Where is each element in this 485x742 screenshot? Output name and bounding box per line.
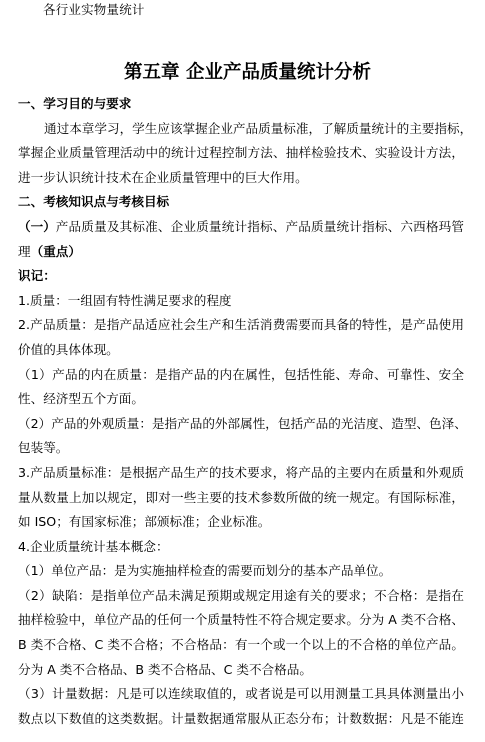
list-item-text: 包装等。: [18, 436, 68, 461]
list-item-text: 分为 A 类不合格品、B 类不合格品、C 类不合格品。: [18, 658, 312, 683]
list-item-continuation: 量从数量上加以规定，即对一些主要的技术参数所做的统一规定。有国际标准，: [18, 486, 464, 511]
sub-list-item-continuation: 分为 A 类不合格品、B 类不合格品、C 类不合格品。: [18, 658, 464, 683]
list-item-text: 2.产品质量：是指产品适应社会生产和生活消费需要而具备的特性，是产品使用: [18, 313, 464, 338]
subsection-heading-line: 理（重点）: [18, 240, 464, 265]
list-item-text: 4.企业质量统计基本概念：: [18, 535, 169, 560]
list-item-text: 价值的具体体现。: [18, 338, 119, 363]
running-header: 各行业实物量统计: [43, 2, 145, 18]
list-item-text: （2）产品的外观质量：是指产品的外部属性，包括产品的光洁度、造型、色泽、: [18, 412, 464, 437]
subsection-heading-line: （一） 产品质量及其标准、企业质量统计指标、产品质量统计指标、六西格玛管: [18, 215, 464, 240]
sub-list-item-continuation: B 类不合格、C 类不合格；不合格品：有一个或一个以上的不合格的单位产品。: [18, 633, 464, 658]
key-point-label: （重点）: [31, 240, 81, 265]
heading-text: 一、学习目的与要求: [18, 92, 131, 117]
chapter-title: 第五章 企业产品质量统计分析: [0, 60, 485, 86]
list-item-text: 1.质量：一组固有特性满足要求的程度: [18, 289, 232, 314]
subsection-text: 产品质量及其标准、企业质量统计指标、产品质量统计指标、六西格玛管: [56, 215, 464, 240]
heading-text: 二、考核知识点与考核目标: [18, 190, 169, 215]
list-item-text: （1）单位产品：是为实施抽样检查的需要而划分的基本产品单位。: [18, 559, 391, 584]
subsection-text: 理: [18, 240, 31, 265]
section-heading-assessment: 二、考核知识点与考核目标: [18, 190, 464, 215]
document-body: 一、学习目的与要求 通过本章学习，学生应该掌握企业产品质量标准，了解质量统计的主…: [18, 92, 464, 731]
list-item-text: 3.产品质量标准：是根据产品生产的技术要求，将产品的主要内在质量和外观质: [18, 461, 464, 486]
list-item-text: （3）计量数据：凡是可以连续取值的，或者说是可以用测量工具具体测量出小: [18, 682, 464, 707]
paragraph-line: 通过本章学习，学生应该掌握企业产品质量标准，了解质量统计的主要指标，: [18, 117, 464, 142]
list-item-text: 抽样检验中，单位产品的任何一个质量特性不符合规定要求。分为 A 类不合格、: [18, 608, 464, 633]
sub-list-item: （3）计量数据：凡是可以连续取值的，或者说是可以用测量工具具体测量出小: [18, 682, 464, 707]
sub-list-item: （1）产品的内在质量：是指产品的内在属性，包括性能、寿命、可靠性、安全: [18, 363, 464, 388]
list-item-text: 如 ISO；有国家标准；部颁标准；企业标准。: [18, 510, 270, 535]
sub-list-item-continuation: 性、经济型五个方面。: [18, 387, 464, 412]
list-item-text: （1）产品的内在质量：是指产品的内在属性，包括性能、寿命、可靠性、安全: [18, 363, 464, 388]
sub-list-item: （1）单位产品：是为实施抽样检查的需要而划分的基本产品单位。: [18, 559, 464, 584]
sub-list-item: （2）缺陷：是指单位产品未满足预期或规定用途有关的要求；不合格：是指在: [18, 584, 464, 609]
subsection-number: （一）: [18, 215, 56, 240]
list-item-text: （2）缺陷：是指单位产品未满足预期或规定用途有关的要求；不合格：是指在: [18, 584, 464, 609]
list-item-continuation: 如 ISO；有国家标准；部颁标准；企业标准。: [18, 510, 464, 535]
paragraph-line: 掌握企业质量管理活动中的统计过程控制方法、抽样检验技术、实验设计方法，: [18, 141, 464, 166]
list-item: 1.质量：一组固有特性满足要求的程度: [18, 289, 464, 314]
sub-list-item-continuation: 抽样检验中，单位产品的任何一个质量特性不符合规定要求。分为 A 类不合格、: [18, 608, 464, 633]
list-item: 4.企业质量统计基本概念：: [18, 535, 464, 560]
list-item: 2.产品质量：是指产品适应社会生产和生活消费需要而具备的特性，是产品使用: [18, 313, 464, 338]
list-item: 3.产品质量标准：是根据产品生产的技术要求，将产品的主要内在质量和外观质: [18, 461, 464, 486]
sub-list-item: （2）产品的外观质量：是指产品的外部属性，包括产品的光洁度、造型、色泽、: [18, 412, 464, 437]
list-item-continuation: 价值的具体体现。: [18, 338, 464, 363]
list-item-text: 性、经济型五个方面。: [18, 387, 144, 412]
memorize-heading: 识记：: [18, 264, 464, 289]
paragraph-line: 进一步认识统计技术在企业质量管理中的巨大作用。: [18, 166, 464, 191]
sub-list-item-continuation: 包装等。: [18, 436, 464, 461]
list-item-text: 量从数量上加以规定，即对一些主要的技术参数所做的统一规定。有国际标准，: [18, 486, 464, 511]
section-heading-objectives: 一、学习目的与要求: [18, 92, 464, 117]
heading-text: 识记：: [18, 264, 56, 289]
sub-list-item-continuation: 数点以下数值的这类数据。计量数据通常服从正态分布；计数数据：凡是不能连: [18, 707, 464, 732]
paragraph-text: 通过本章学习，学生应该掌握企业产品质量标准，了解质量统计的主要指标，: [44, 117, 464, 142]
paragraph-text: 掌握企业质量管理活动中的统计过程控制方法、抽样检验技术、实验设计方法，: [18, 141, 464, 166]
paragraph-text: 进一步认识统计技术在企业质量管理中的巨大作用。: [18, 166, 308, 191]
list-item-text: 数点以下数值的这类数据。计量数据通常服从正态分布；计数数据：凡是不能连: [18, 707, 464, 732]
list-item-text: B 类不合格、C 类不合格；不合格品：有一个或一个以上的不合格的单位产品。: [18, 633, 464, 658]
